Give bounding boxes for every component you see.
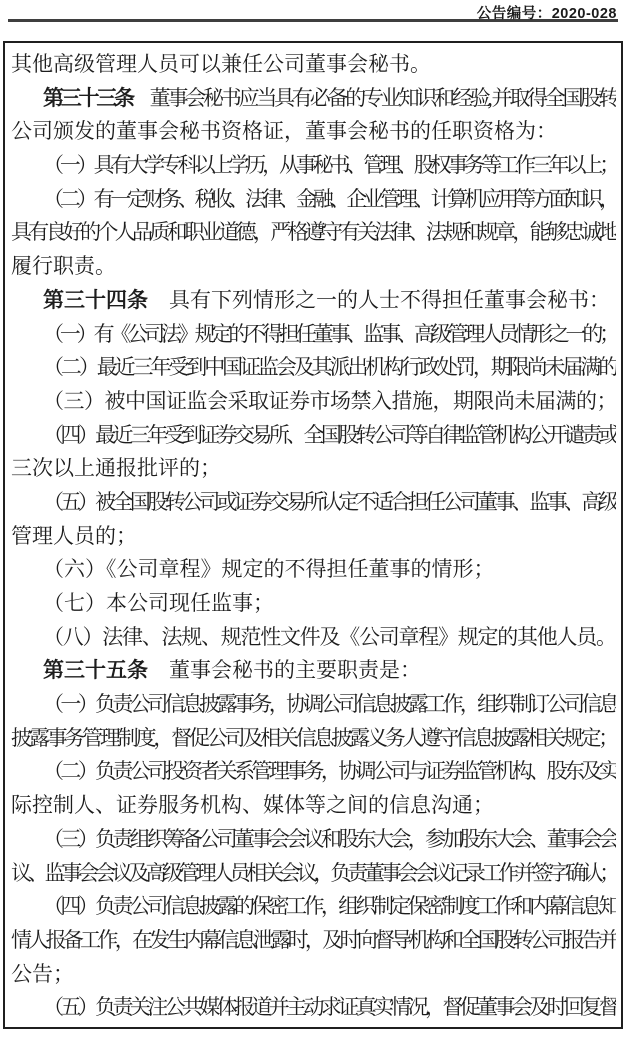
page-header: 公告编号：2020-028 xyxy=(0,0,626,19)
document-line: （二）负责公司投资者关系管理事务，协调公司与证券监管机构、股东及实 xyxy=(11,755,616,789)
document-line: （三）负责组织筹备公司董事会会议和股东大会，参加股东大会、董事会会 xyxy=(11,823,616,857)
document-line: （七）本公司现任监事； xyxy=(11,587,616,621)
document-line: （二）最近三年受到中国证监会及其派出机构行政处罚，期限尚未届满的 xyxy=(11,351,616,385)
document-line: 第三十五条 董事会秘书的主要职责是： xyxy=(11,654,616,688)
document-line: （五）负责关注公共媒体报道并主动求证真实情况，督促董事会及时回复督 xyxy=(11,991,616,1025)
document-line: （一）负责公司信息披露事务，协调公司信息披露工作，组织制订公司信息 xyxy=(11,688,616,722)
document-line: 履行职责。 xyxy=(11,250,616,284)
document-line: 议、监事会会议及高级管理人员相关会议，负责董事会会议记录工作并签字确认； xyxy=(11,857,616,891)
announcement-number: 公告编号：2020-028 xyxy=(477,6,617,22)
document-line: （六）《公司章程》规定的不得担任董事的情形； xyxy=(11,553,616,587)
document-line: 第三十四条 具有下列情形之一的人士不得担任董事会秘书： xyxy=(11,284,616,318)
announcement-page: 公告编号：2020-028 其他高级管理人员可以兼任公司董事会秘书。第三十三条 … xyxy=(0,0,626,1037)
document-line: 披露事务管理制度，督促公司及相关信息披露义务人遵守信息披露相关规定； xyxy=(11,722,616,756)
document-line: 管理人员的； xyxy=(11,520,616,554)
document-body: 其他高级管理人员可以兼任公司董事会秘书。第三十三条 董事会秘书应当具有必备的专业… xyxy=(11,48,616,1025)
document-line: 公告； xyxy=(11,958,616,992)
document-line: （一）具有大学专科以上学历，从事秘书、管理、股权事务等工作三年以上； xyxy=(11,149,616,183)
document-line: 公司颁发的董事会秘书资格证，董事会秘书的任职资格为： xyxy=(11,115,616,149)
document-line: 具有良好的个人品质和职业道德，严格遵守有关法律、法规和规章，能够忠诚地 xyxy=(11,216,616,250)
document-line: （四）负责公司信息披露的保密工作，组织制定保密制度工作和内幕信息知 xyxy=(11,890,616,924)
document-line: （一）有《公司法》规定的不得担任董事、监事、高级管理人员情形之一的； xyxy=(11,318,616,352)
document-line: 其他高级管理人员可以兼任公司董事会秘书。 xyxy=(11,48,616,82)
article-number: 第三十三条 xyxy=(43,87,132,110)
article-number: 第三十五条 xyxy=(43,659,148,682)
document-line: （三）被中国证监会采取证券市场禁入措施，期限尚未届满的； xyxy=(11,385,616,419)
document-line: （二）有一定财务、税收、法律、金融、企业管理、计算机应用等方面知识， xyxy=(11,183,616,217)
document-line: 情人报备工作，在发生内幕信息泄露时，及时向督导机构和全国股转公司报告并 xyxy=(11,924,616,958)
document-line: 际控制人、证券服务机构、媒体等之间的信息沟通； xyxy=(11,789,616,823)
document-line: 第三十三条 董事会秘书应当具有必备的专业知识和经验, 并取得全国股转 xyxy=(11,82,616,116)
document-line: （八）法律、法规、规范性文件及《公司章程》规定的其他人员。 xyxy=(11,621,616,655)
document-line: 三次以上通报批评的； xyxy=(11,452,616,486)
document-border-box: 其他高级管理人员可以兼任公司董事会秘书。第三十三条 董事会秘书应当具有必备的专业… xyxy=(3,41,623,1029)
document-line: （四）最近三年受到证券交易所、全国股转公司等自律监管机构公开谴责或 xyxy=(11,419,616,453)
document-line: （五）被全国股转公司或证券交易所认定不适合担任公司董事、监事、高级 xyxy=(11,486,616,520)
article-number: 第三十四条 xyxy=(43,289,148,312)
